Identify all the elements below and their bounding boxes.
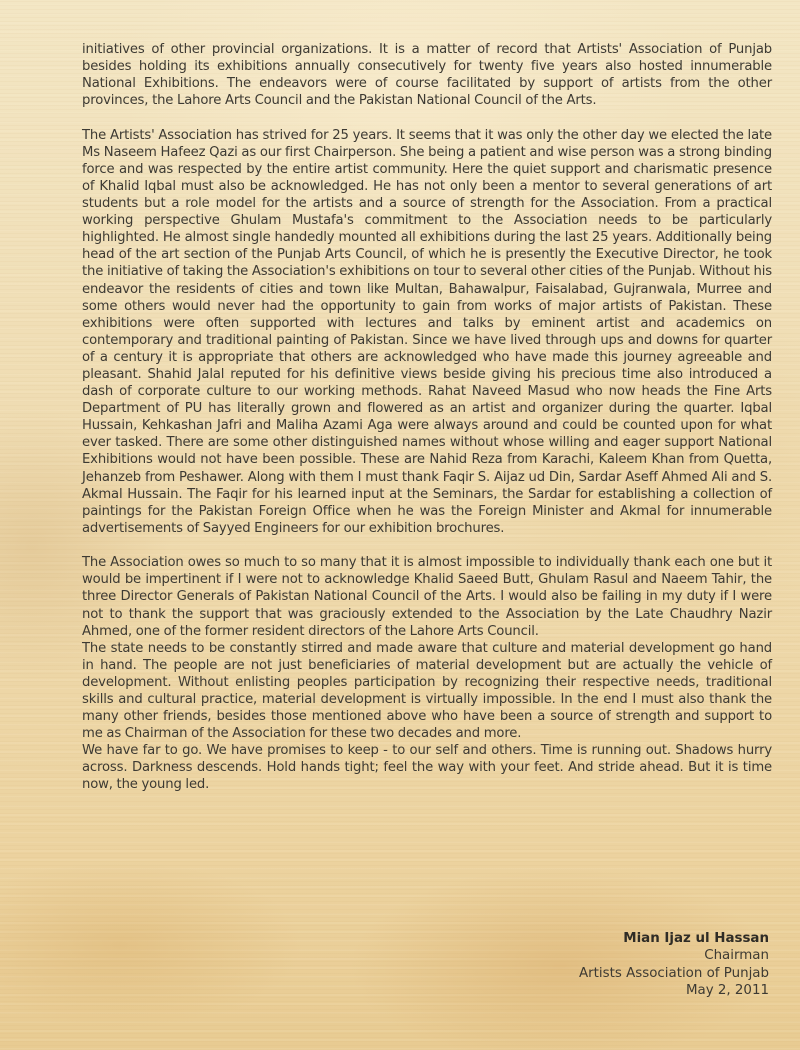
paragraph-closing: We have far to go. We have promises to k… xyxy=(82,742,772,793)
paragraph-association-history: The Artists' Association has strived for… xyxy=(82,127,772,537)
paragraph-spacer xyxy=(82,537,772,554)
signatory-name: Mian Ijaz ul Hassan xyxy=(579,930,769,947)
paragraph-acknowledgements: The Association owes so much to so many … xyxy=(82,554,772,639)
signatory-title: Chairman xyxy=(579,947,769,964)
paragraph-spacer xyxy=(82,109,772,126)
signature-date: May 2, 2011 xyxy=(579,982,769,999)
paragraph-culture-development: The state needs to be constantly stirred… xyxy=(82,640,772,743)
paragraph-provincial-initiatives: initiatives of other provincial organiza… xyxy=(82,41,772,109)
signatory-organization: Artists Association of Punjab xyxy=(579,965,769,982)
signature-block: Mian Ijaz ul Hassan Chairman Artists Ass… xyxy=(579,930,769,1000)
document-body: initiatives of other provincial organiza… xyxy=(82,41,772,794)
